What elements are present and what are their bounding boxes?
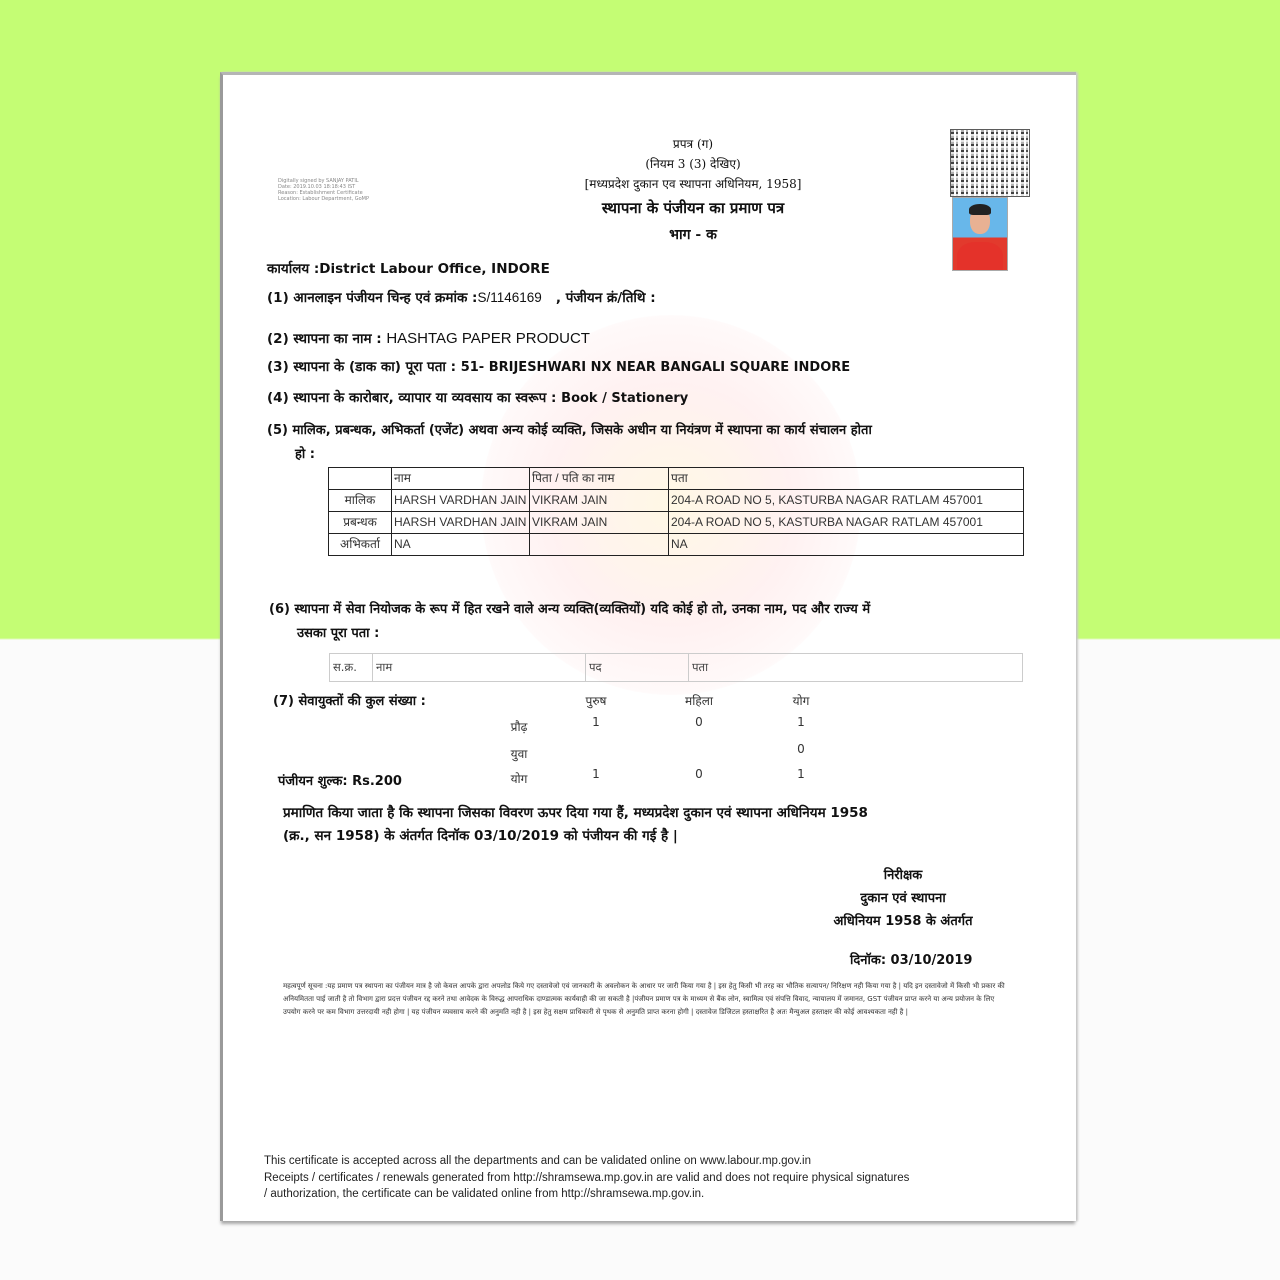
- table-header: स.क्र.: [330, 654, 373, 682]
- footer-line3: / authorization, the certificate can be …: [264, 1188, 704, 1200]
- table-header: पता: [689, 654, 1023, 682]
- table-header-row: नाम पिता / पति का नाम पता: [329, 468, 1024, 490]
- office-label: कार्यालय :: [267, 261, 319, 277]
- registration-number-label: (1) आनलाइन पंजीयन चिन्ह एवं क्रमांक :: [267, 290, 477, 306]
- adult-total: 1: [781, 715, 821, 729]
- address-cell: 204-A ROAD NO 5, KASTURBA NAGAR RATLAM 4…: [669, 512, 1024, 534]
- owners-table: नाम पिता / पति का नाम पता मालिक HARSH VA…: [328, 467, 1024, 556]
- signatory-title: निरीक्षक: [783, 865, 1023, 883]
- digital-signature-stamp: Digitally signed by SANJAY PATIL Date: 2…: [278, 178, 369, 202]
- youth-total: 0: [781, 742, 821, 756]
- table-header: [329, 468, 392, 490]
- item-3: (3) स्थापना के (डाक का) पूरा पता : 51- B…: [267, 357, 850, 375]
- name-cell: HARSH VARDHAN JAIN: [392, 490, 530, 512]
- item-4: (4) स्थापना के कारोबार, व्यापार या व्यवस…: [267, 388, 688, 406]
- name-cell: HARSH VARDHAN JAIN: [392, 512, 530, 534]
- employers-table: स.क्र. नाम पद पता: [329, 653, 1023, 682]
- item-2: (2) स्थापना का नाम : HASHTAG PAPER PRODU…: [267, 329, 590, 347]
- table-row: प्रबन्धक HARSH VARDHAN JAIN VIKRAM JAIN …: [329, 512, 1024, 534]
- signatory-date: दिनॉक: 03/10/2019: [850, 950, 972, 968]
- registration-number-value: S/1146169: [477, 290, 541, 305]
- address-value: 51- BRIJESHWARI NX NEAR BANGALI SQUARE I…: [461, 360, 850, 375]
- registration-fee: पंजीयन शुल्क: Rs.200: [278, 771, 402, 789]
- registration-date-label: , पंजीयन क्रं/तिथि :: [556, 290, 656, 306]
- item-1: (1) आनलाइन पंजीयन चिन्ह एवं क्रमांक :S/1…: [267, 288, 656, 306]
- item-6-line1: (6) स्थापना में सेवा नियोजक के रूप में ह…: [269, 599, 870, 617]
- table-header: नाम: [373, 654, 586, 682]
- signatory-act: अधिनियम 1958 के अंतर्गत: [783, 911, 1023, 929]
- rule-reference: (नियम 3 (3) देखिए): [423, 155, 963, 172]
- father-name-cell: VIKRAM JAIN: [530, 490, 669, 512]
- office-line: कार्यालय :District Labour Office, INDORE: [267, 259, 550, 277]
- table-header: नाम: [392, 468, 530, 490]
- col-header-total: योग: [781, 692, 821, 709]
- signature-line: Location: Labour Department, GoMP: [278, 196, 369, 202]
- row-label-total: योग: [499, 770, 539, 787]
- col-header-male: पुरुष: [576, 692, 616, 709]
- item-5-line2: हो :: [295, 444, 315, 462]
- role-cell: अभिकर्ता: [329, 534, 392, 556]
- applicant-photo: [952, 197, 1008, 271]
- certificate-title: स्थापना के पंजीयन का प्रमाण पत्र: [423, 198, 963, 218]
- table-header: पद: [586, 654, 689, 682]
- total-male: 1: [576, 767, 616, 781]
- important-note: महत्वपूर्ण सूचना :यह प्रमाण पत्र स्थापना…: [283, 980, 1008, 1019]
- father-name-cell: VIKRAM JAIN: [530, 512, 669, 534]
- act-reference: [मध्यप्रदेश दुकान एव स्थापना अधिनियम, 19…: [423, 175, 963, 192]
- table-header: पता: [669, 468, 1024, 490]
- footer-line1: This certificate is accepted across all …: [264, 1155, 811, 1167]
- total-female: 0: [679, 767, 719, 781]
- table-row: अभिकर्ता NA NA: [329, 534, 1024, 556]
- signatory-dept: दुकान एवं स्थापना: [783, 888, 1023, 906]
- certificate-part: भाग - क: [423, 225, 963, 244]
- father-name-cell: [530, 534, 669, 556]
- establishment-name-label: (2) स्थापना का नाम :: [267, 331, 382, 347]
- footer-line2: Receipts / certificates / renewals gener…: [264, 1172, 909, 1184]
- item-7-label: (7) सेवायुक्तों की कुल संख्या :: [273, 691, 426, 709]
- role-cell: प्रबन्धक: [329, 512, 392, 534]
- qr-code-icon: [950, 129, 1030, 197]
- table-header: पिता / पति का नाम: [530, 468, 669, 490]
- certificate-page: Digitally signed by SANJAY PATIL Date: 2…: [220, 72, 1076, 1221]
- row-label-adult: प्रौढ़: [499, 718, 539, 735]
- establishment-name-value: HASHTAG PAPER PRODUCT: [386, 330, 590, 347]
- role-cell: मालिक: [329, 490, 392, 512]
- row-label-youth: युवा: [499, 745, 539, 762]
- certification-line1: प्रमाणित किया जाता है कि स्थापना जिसका व…: [283, 803, 868, 821]
- adult-female: 0: [679, 715, 719, 729]
- total-total: 1: [781, 767, 821, 781]
- address-cell: NA: [669, 534, 1024, 556]
- form-number: प्रपत्र (ग): [423, 135, 963, 152]
- address-cell: 204-A ROAD NO 5, KASTURBA NAGAR RATLAM 4…: [669, 490, 1024, 512]
- address-label: (3) स्थापना के (डाक का) पूरा पता :: [267, 359, 456, 375]
- col-header-female: महिला: [679, 692, 719, 709]
- name-cell: NA: [392, 534, 530, 556]
- item-5-line1: (5) मालिक, प्रबन्धक, अभिकर्ता (एजेंट) अथ…: [267, 420, 872, 438]
- business-type-value: Book / Stationery: [561, 391, 688, 406]
- office-value: District Labour Office, INDORE: [319, 261, 550, 277]
- business-type-label: (4) स्थापना के कारोबार, व्यापार या व्यवस…: [267, 390, 556, 406]
- table-row: मालिक HARSH VARDHAN JAIN VIKRAM JAIN 204…: [329, 490, 1024, 512]
- item-6-line2: उसका पूरा पता :: [297, 623, 379, 641]
- table-header-row: स.क्र. नाम पद पता: [330, 654, 1023, 682]
- adult-male: 1: [576, 715, 616, 729]
- certification-line2: (क्र., सन 1958) के अंतर्गत दिनॉक 03/10/2…: [283, 826, 678, 844]
